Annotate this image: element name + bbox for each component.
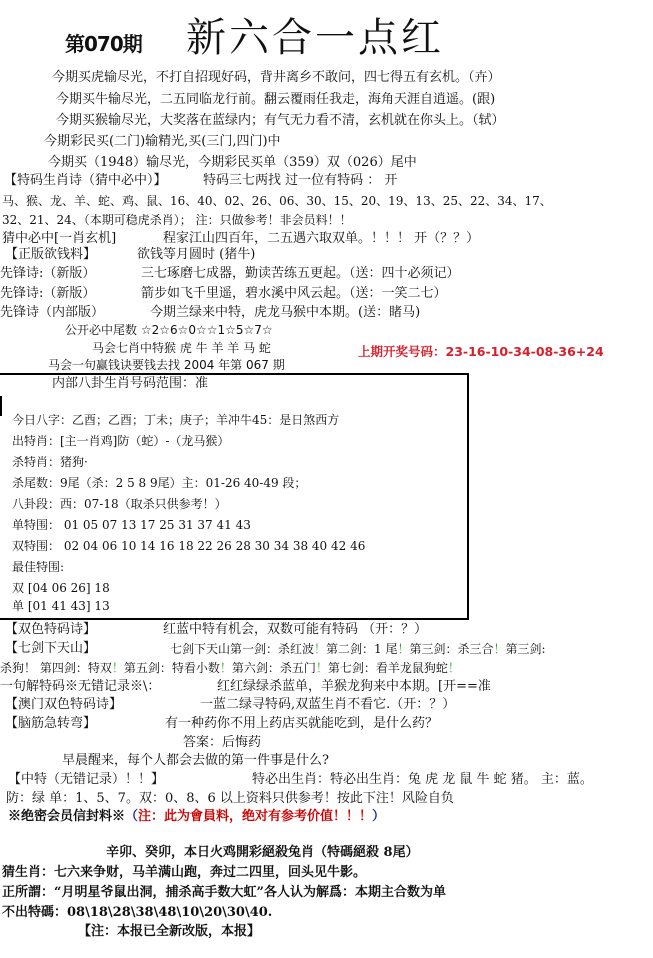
macau-poem-text: 一蓝二绿寻特码,双蓝生肖不看它.（开：？）	[200, 697, 455, 713]
money-label: 【正版欲钱料】	[5, 247, 96, 263]
sword-text: 杀狗！ 第四剑：特双	[0, 661, 112, 675]
box-left-edge	[0, 396, 2, 416]
riddle-question-2: 早晨醒来，每个人都会去做的第一件事是什么?	[62, 753, 329, 769]
seven-swords-line2: 杀狗！ 第四剑：特双！第五剑：特看小数！第六剑：杀五门！第七剑：看羊龙鼠狗蛇！	[0, 660, 460, 676]
sword-mark: ！	[314, 642, 326, 656]
macau-poem-label: 【澳门双色特码诗】	[5, 697, 122, 713]
color-poem-text: 红蓝中特有机会，双数可能有特码 （开：？）	[163, 622, 427, 638]
seven-swords-line1: 七剑下天山第一剑：杀红波！第二剑：1 尾！第三剑：杀三合！第三剑:	[170, 641, 546, 657]
bagua-row: 单特围： 01 05 07 13 17 25 31 37 41 43	[12, 517, 251, 533]
one-phrase-label: 一句解特码※无错记录※\：	[0, 679, 160, 695]
riddle-answer: 答案：后悔药	[183, 735, 261, 751]
sword-text: 第三剑:	[506, 642, 546, 656]
pioneer-text: 箭步如飞千里遥，碧水溪中风云起。（送：一笑二七）	[141, 286, 447, 302]
horse-club-seven: 马会七肖中特猴 虎 牛 羊 羊 马 蛇	[92, 340, 271, 356]
seven-swords-label: 【七剑下天山】	[5, 641, 96, 657]
pioneer-label: 先锋诗:（新版）	[0, 266, 95, 282]
intro-line: 今期买猴输尽光，大奖落在蓝绿内；有气无力看不清，玄机就在你头上。（轼）	[56, 113, 505, 129]
sword-text: 第二剑：1 尾	[326, 642, 397, 656]
sword-mark: ！	[316, 661, 328, 675]
guess-label: 猜中必中[一肖玄机]	[2, 231, 116, 247]
page-title: 新六合一点红	[186, 14, 444, 62]
footer-line1: 辛卯、癸卯，本日火鸡開彩絕殺兔肖（特碼絕殺 8尾）	[106, 845, 419, 861]
bagua-row: 八卦段：西：07-18（取杀只供参考！）	[12, 496, 227, 512]
pioneer-text: 三七琢磨七成器，勤读苦练五更起。（送：四十必须记）	[141, 266, 460, 282]
intro-line: 今期买（1948）输尽光，今期彩民买单（359）双（026）尾中	[48, 155, 417, 171]
riddle-question: 有一种药你不用上药店买就能吃到，是什么药？	[165, 716, 438, 732]
special-text: 特必出生肖：特必出生肖：兔 虎 龙 鼠 牛 蛇 猪。 主：蓝。	[252, 772, 593, 788]
sword-text: 第五剑：特看小数	[124, 661, 220, 675]
special-defense: 防：绿 单：1、5、7。双：0、8、6 以上资料只供参考！按此下注！风险自负	[6, 791, 454, 807]
intro-line: 今期买牛输尽光，二五同临龙行前。翻云覆雨任我走，海角天涯自逍遥。(跟)	[56, 92, 495, 108]
color-poem-label: 【双色特码诗】	[5, 622, 96, 638]
one-phrase-text: 红红绿绿杀蓝单，羊猴龙狗来中本期。[开==准	[217, 679, 491, 695]
issue-number: 第070期	[65, 28, 142, 57]
footer-note: 【注：本报已全新改版，本报】	[78, 924, 260, 940]
sword-mark: ！	[220, 661, 232, 675]
pioneer-label: 先锋诗（内部版）	[0, 305, 104, 321]
poem-list: 32、21、24、（本期可稳虎杀肖）； 注：只做参考！非会员料！！	[2, 212, 352, 228]
bagua-title: 内部八卦生肖号码范围：准	[52, 376, 208, 392]
member-line: ※绝密会员信封料※（注：此为會員料，绝对有参考价值！！！）	[8, 809, 385, 825]
sword-text: 第六剑：杀五门	[232, 661, 316, 675]
money-text: 欲钱等月圆时 (猪牛)	[137, 247, 255, 263]
footer-guess: 猜生肖：七六来争财，马羊满山跑，奔过二四里，回头见牛影。	[2, 865, 366, 881]
bagua-row: 双 [04 06 26] 18	[12, 580, 110, 596]
intro-line: 今期彩民买(二门)输精光,买(三门,四门)中	[44, 134, 281, 150]
sword-mark: ！	[448, 661, 460, 675]
riddle-label: 【脑筋急转弯】	[5, 716, 96, 732]
guess-text: 程家江山四百年，二五遇六取双单。！！！ 开（？？）	[163, 231, 479, 247]
member-label: ※绝密会员信封料※	[8, 809, 125, 824]
bagua-row: 今日八字：乙酉；乙酉；丁未；庚子；羊冲牛45：是日煞西方	[12, 412, 339, 428]
pioneer-label: 先锋诗:（新版）	[0, 286, 95, 302]
horse-club-phrase: 马会一句赢钱诀要钱去找 2004 年第 067 期	[48, 357, 285, 373]
footer-not-out: 不出特碼：08\18\28\38\48\10\20\30\40.	[2, 905, 272, 921]
sword-mark: ！	[397, 642, 409, 656]
footer-saying: 正所謂：“月明星爷鼠出洞，捕杀高手数大虹”各人认为解爲：本期主合数为单	[2, 885, 446, 901]
poem-list: 马、猴、龙、羊、蛇、鸡、鼠、16、40、02、26、06、30、15、20、19…	[2, 193, 552, 209]
sword-text: 七剑下天山第一剑：杀红波	[170, 642, 314, 656]
poem-label: 【特码生肖诗（猜中必中）】	[4, 173, 167, 189]
member-note: 注：此为會員料，绝对有参考价值！！！	[138, 809, 372, 824]
last-draw-numbers: 上期开奖号码：23-16-10-34-08-36+24	[358, 342, 604, 360]
bagua-row: 最佳特围:	[12, 559, 64, 575]
sword-mark: ！	[494, 642, 506, 656]
poem-hint: 特码三七两找 过一位有特码 ： 开	[203, 173, 397, 189]
sword-text: 第三剑：杀三合	[410, 642, 494, 656]
special-label: 【中特（无错记录）！！】	[8, 772, 164, 788]
bagua-row: 单 [01 41 43] 13	[12, 598, 110, 614]
bagua-row: 杀特肖：猪狗·	[12, 454, 88, 470]
tail-numbers: 公开必中尾数 ☆2☆6☆0☆☆1☆5☆7☆	[65, 322, 273, 338]
member-paren: ）	[372, 809, 385, 824]
member-paren: （	[125, 809, 138, 824]
pioneer-text: 今期兰绿来中特，虎龙马猴中本期。(送：睹马)	[150, 305, 420, 321]
bagua-row: 出特肖：[主一肖鸡]防（蛇）-（龙马猴）	[12, 433, 229, 449]
bagua-row: 双特围： 02 04 06 10 14 16 18 22 26 28 30 34…	[12, 538, 365, 554]
intro-line: 今期买虎输尽光，不打自招现好码，背井离乡不敢问，四七得五有玄机。（卉）	[52, 70, 501, 86]
bagua-row: 杀尾数：9尾（杀：2 5 8 9尾）主：01-26 40-49 段；	[12, 475, 306, 491]
sword-mark: ！	[112, 661, 124, 675]
sword-text: 第七剑：看羊龙鼠狗蛇	[328, 661, 448, 675]
